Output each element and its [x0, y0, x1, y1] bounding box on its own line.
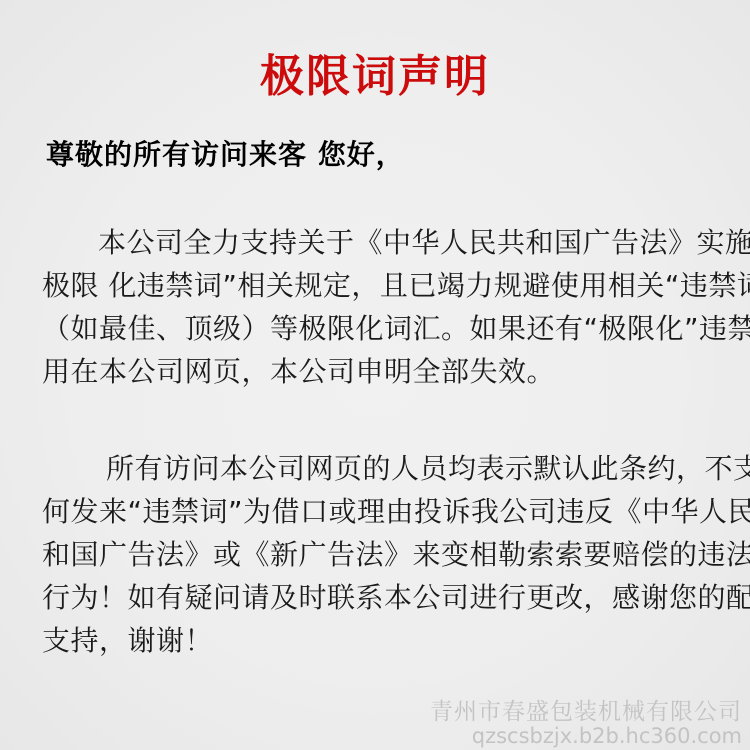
paragraph-2: 所有访问本公司网页的人员均表示默认此条约，不支持任 何发来“违禁词”为借口或理由… [42, 447, 736, 662]
watermark-company-name: 青州市春盛包装机械有限公司 [430, 700, 742, 725]
page-title: 极限词声明 [0, 54, 750, 100]
watermark-site-url: qzscsbzjx.b2b.hc360.com [430, 725, 742, 747]
greeting-line: 尊敬的所有访问来客 您好， [46, 140, 405, 170]
paragraph-2-line-5: 支持，谢谢！ [42, 619, 736, 662]
paragraph-1-line-2: 极限 化违禁词”相关规定，且已竭力规避使用相关“违禁词” [42, 264, 736, 307]
paragraph-2-line-2: 何发来“违禁词”为借口或理由投诉我公司违反《中华人民共 [42, 490, 736, 533]
paragraph-1-line-3: （如最佳、顶级）等极限化词汇。如果还有“极限化”违禁词 [42, 307, 736, 350]
paragraph-1: 本公司全力支持关于《中华人民共和国广告法》实施的 “ 极限 化违禁词”相关规定，… [42, 221, 736, 393]
paragraph-2-line-1: 所有访问本公司网页的人员均表示默认此条约，不支持任 [42, 447, 736, 490]
disclaimer-page: 极限词声明 尊敬的所有访问来客 您好， 本公司全力支持关于《中华人民共和国广告法… [0, 0, 750, 750]
paragraph-1-line-4: 用在本公司网页，本公司申明全部失效。 [42, 350, 736, 393]
paragraph-1-line-1: 本公司全力支持关于《中华人民共和国广告法》实施的 “ [42, 221, 736, 264]
paragraph-2-line-4: 行为！如有疑问请及时联系本公司进行更改，感谢您的配合和 [42, 576, 736, 619]
paragraph-2-line-3: 和国广告法》或《新广告法》来变相勒索索要赔偿的违法恶意 [42, 533, 736, 576]
watermark: 青州市春盛包装机械有限公司 qzscsbzjx.b2b.hc360.com [430, 700, 742, 747]
